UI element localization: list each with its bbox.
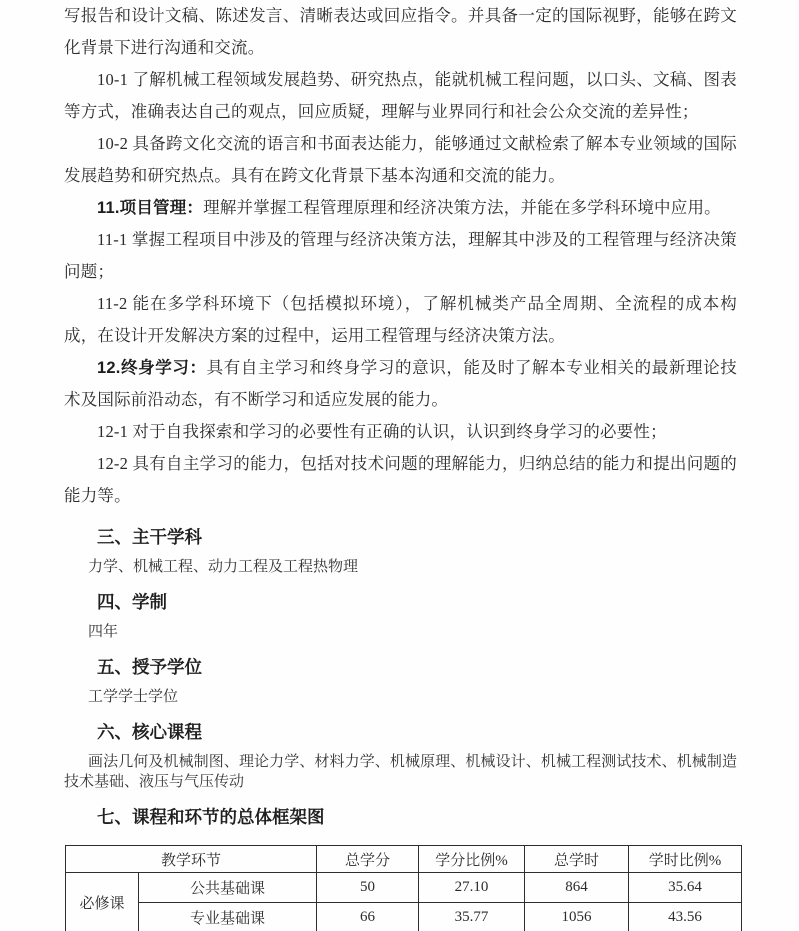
header-total-credits: 总学分 (317, 846, 419, 873)
paragraph-12: 12.终身学习：具有自主学习和终身学习的意识，能及时了解本专业相关的最新理论技术… (64, 352, 737, 416)
cell-credits: 50 (317, 873, 419, 903)
paragraph-10-2: 10-2 具备跨文化交流的语言和书面表达能力，能够通过文献检索了解本专业领域的国… (64, 128, 737, 192)
paragraph-lead-bold: 12.终身学习： (97, 359, 207, 377)
heading-program-length: 四、学制 (64, 590, 737, 614)
cell-hours: 1056 (525, 903, 629, 931)
program-length-text: 四年 (64, 622, 737, 642)
paragraph-11-2: 11-2 能在多学科环境下（包括模拟环境），了解机械类产品全周期、全流程的成本构… (64, 288, 737, 352)
paragraph-text: 12-2 具有自主学习的能力，包括对技术问题的理解能力，归纳总结的能力和提出问题… (64, 454, 737, 505)
cell-hour-percent: 43.56 (629, 903, 742, 931)
table-header-row: 教学环节 总学分 学分比例% 总学时 学时比例% (66, 846, 742, 873)
heading-degree-awarded: 五、授予学位 (64, 655, 737, 679)
paragraph-text: 理解并掌握工程管理原理和经济决策方法，并能在多学科环境中应用。 (203, 198, 721, 217)
cell-credits: 66 (317, 903, 419, 931)
paragraph-11-1: 11-1 掌握工程项目中涉及的管理与经济决策方法，理解其中涉及的工程管理与经济决… (64, 224, 737, 288)
heading-main-disciplines: 三、主干学科 (64, 525, 737, 549)
paragraph-10-1: 10-1 了解机械工程领域发展趋势、研究热点，能就机械工程问题，以口头、文稿、图… (64, 64, 737, 128)
table-row: 专业基础课 66 35.77 1056 43.56 (66, 903, 742, 931)
paragraph-lead-bold: 11.项目管理： (97, 199, 203, 217)
paragraph-12-2: 12-2 具有自主学习的能力，包括对技术问题的理解能力，归纳总结的能力和提出问题… (64, 448, 737, 512)
table-row: 必修课 公共基础课 50 27.10 864 35.64 (66, 873, 742, 903)
document-page: 写报告和设计文稿、陈述发言、清晰表达或回应指令。并具备一定的国际视野，能够在跨文… (0, 0, 799, 931)
paragraph-11: 11.项目管理：理解并掌握工程管理原理和经济决策方法，并能在多学科环境中应用。 (64, 192, 737, 224)
degree-awarded-text: 工学学士学位 (64, 687, 737, 707)
heading-core-courses: 六、核心课程 (64, 720, 737, 744)
cell-hour-percent: 35.64 (629, 873, 742, 903)
curriculum-framework-table: 教学环节 总学分 学分比例% 总学时 学时比例% 必修课 公共基础课 50 27… (65, 845, 742, 931)
paragraph-text: 10-1 了解机械工程领域发展趋势、研究热点，能就机械工程问题，以口头、文稿、图… (64, 70, 737, 121)
cell-credit-percent: 27.10 (419, 873, 525, 903)
cell-course-type: 专业基础课 (139, 903, 317, 931)
core-courses-text: 画法几何及机械制图、理论力学、材料力学、机械原理、机械设计、机械工程测试技术、机… (64, 752, 737, 792)
header-credit-percent: 学分比例% (419, 846, 525, 873)
paragraph-text: 写报告和设计文稿、陈述发言、清晰表达或回应指令。并具备一定的国际视野，能够在跨文… (64, 6, 737, 57)
paragraph-text: 11-1 掌握工程项目中涉及的管理与经济决策方法，理解其中涉及的工程管理与经济决… (64, 230, 737, 281)
header-total-hours: 总学时 (525, 846, 629, 873)
cell-credit-percent: 35.77 (419, 903, 525, 931)
paragraph-text: 11-2 能在多学科环境下（包括模拟环境），了解机械类产品全周期、全流程的成本构… (64, 294, 737, 345)
cell-course-type: 公共基础课 (139, 873, 317, 903)
header-hour-percent: 学时比例% (629, 846, 742, 873)
paragraph-text: 12-1 对于自我探索和学习的必要性有正确的认识，认识到终身学习的必要性； (97, 422, 667, 441)
main-disciplines-text: 力学、机械工程、动力工程及工程热物理 (64, 557, 737, 577)
paragraph-continuation: 写报告和设计文稿、陈述发言、清晰表达或回应指令。并具备一定的国际视野，能够在跨文… (64, 0, 737, 64)
cell-category-required: 必修课 (66, 873, 139, 931)
header-teaching-env: 教学环节 (66, 846, 317, 873)
paragraph-text: 10-2 具备跨文化交流的语言和书面表达能力，能够通过文献检索了解本专业领域的国… (64, 134, 737, 185)
paragraph-12-1: 12-1 对于自我探索和学习的必要性有正确的认识，认识到终身学习的必要性； (64, 416, 737, 448)
cell-hours: 864 (525, 873, 629, 903)
heading-framework-diagram: 七、课程和环节的总体框架图 (64, 805, 737, 829)
